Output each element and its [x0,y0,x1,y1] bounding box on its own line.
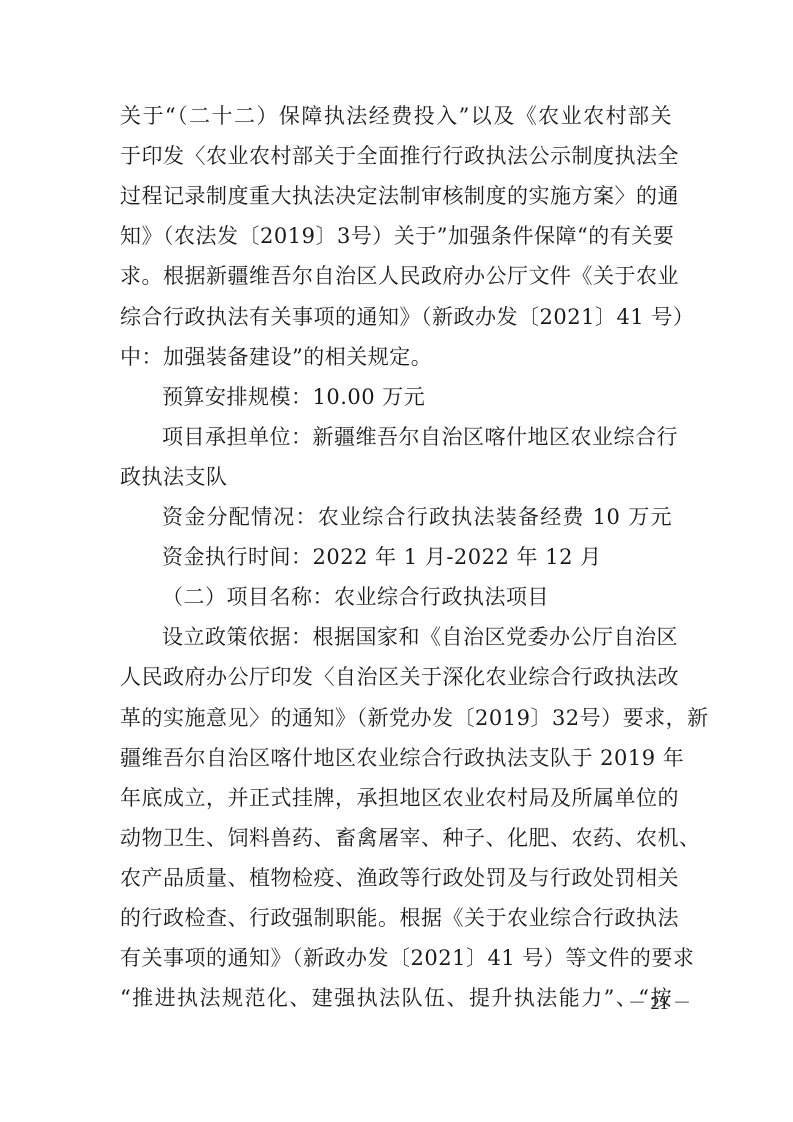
text-line: 设立政策依据：根据国家和《自治区党委办公厅自治区 [162,622,672,652]
text-line: 革的实施意见〉的通知》（新党办发〔2019〕32号）要求，新 [120,703,672,733]
text-line: 项目承担单位：新疆维吾尔自治区喀什地区农业综合行 [162,422,672,452]
text-line: 动物卫生、饲料兽药、畜禽屠宰、种子、化肥、农药、农机、 [120,823,672,853]
document-page: 关于“（二十二）保障执法经费投入”以及《农业农村部关于印发〈农业农村部关于全面推… [0,0,793,1122]
text-line: 关于“（二十二）保障执法经费投入”以及《农业农村部关 [120,101,672,131]
text-line: 资金分配情况：农业综合行政执法装备经费 10 万元 [162,502,672,532]
text-line: 于印发〈农业农村部关于全面推行行政执法公示制度执法全 [120,141,672,171]
text-line: 政执法支队 [120,462,672,492]
text-line: 知》（农法发〔2019〕3号）关于”加强条件保障“的有关要 [120,221,672,251]
text-line: 资金执行时间：2022 年 1 月-2022 年 12 月 [162,542,672,572]
text-line: （二）项目名称：农业综合行政执法项目 [162,582,672,612]
text-line: 综合行政执法有关事项的通知》（新政办发〔2021〕41 号） [120,302,672,332]
text-line: 有关事项的通知》（新政办发〔2021〕41 号）等文件的要求 [120,943,672,973]
text-line: 疆维吾尔自治区喀什地区农业综合行政执法支队于 2019 年 [120,743,672,773]
page-number: － 21 － [628,990,691,1016]
text-line: 过程记录制度重大执法决定法制审核制度的实施方案〉的通 [120,181,672,211]
text-line: 中：加强装备建设”的相关规定。 [120,342,672,372]
text-line: “推进执法规范化、建强执法队伍、提升执法能力”、“按 [120,983,672,1013]
text-line: 农产品质量、植物检疫、渔政等行政处罚及与行政处罚相关 [120,863,672,893]
text-line: 的行政检查、行政强制职能。根据《关于农业综合行政执法 [120,903,672,933]
text-line: 预算安排规模：10.00 万元 [162,382,672,412]
text-line: 求。根据新疆维吾尔自治区人民政府办公厅文件《关于农业 [120,261,672,291]
text-line: 年底成立，并正式挂牌，承担地区农业农村局及所属单位的 [120,783,672,813]
text-line: 人民政府办公厅印发〈自治区关于深化农业综合行政执法改 [120,662,672,692]
